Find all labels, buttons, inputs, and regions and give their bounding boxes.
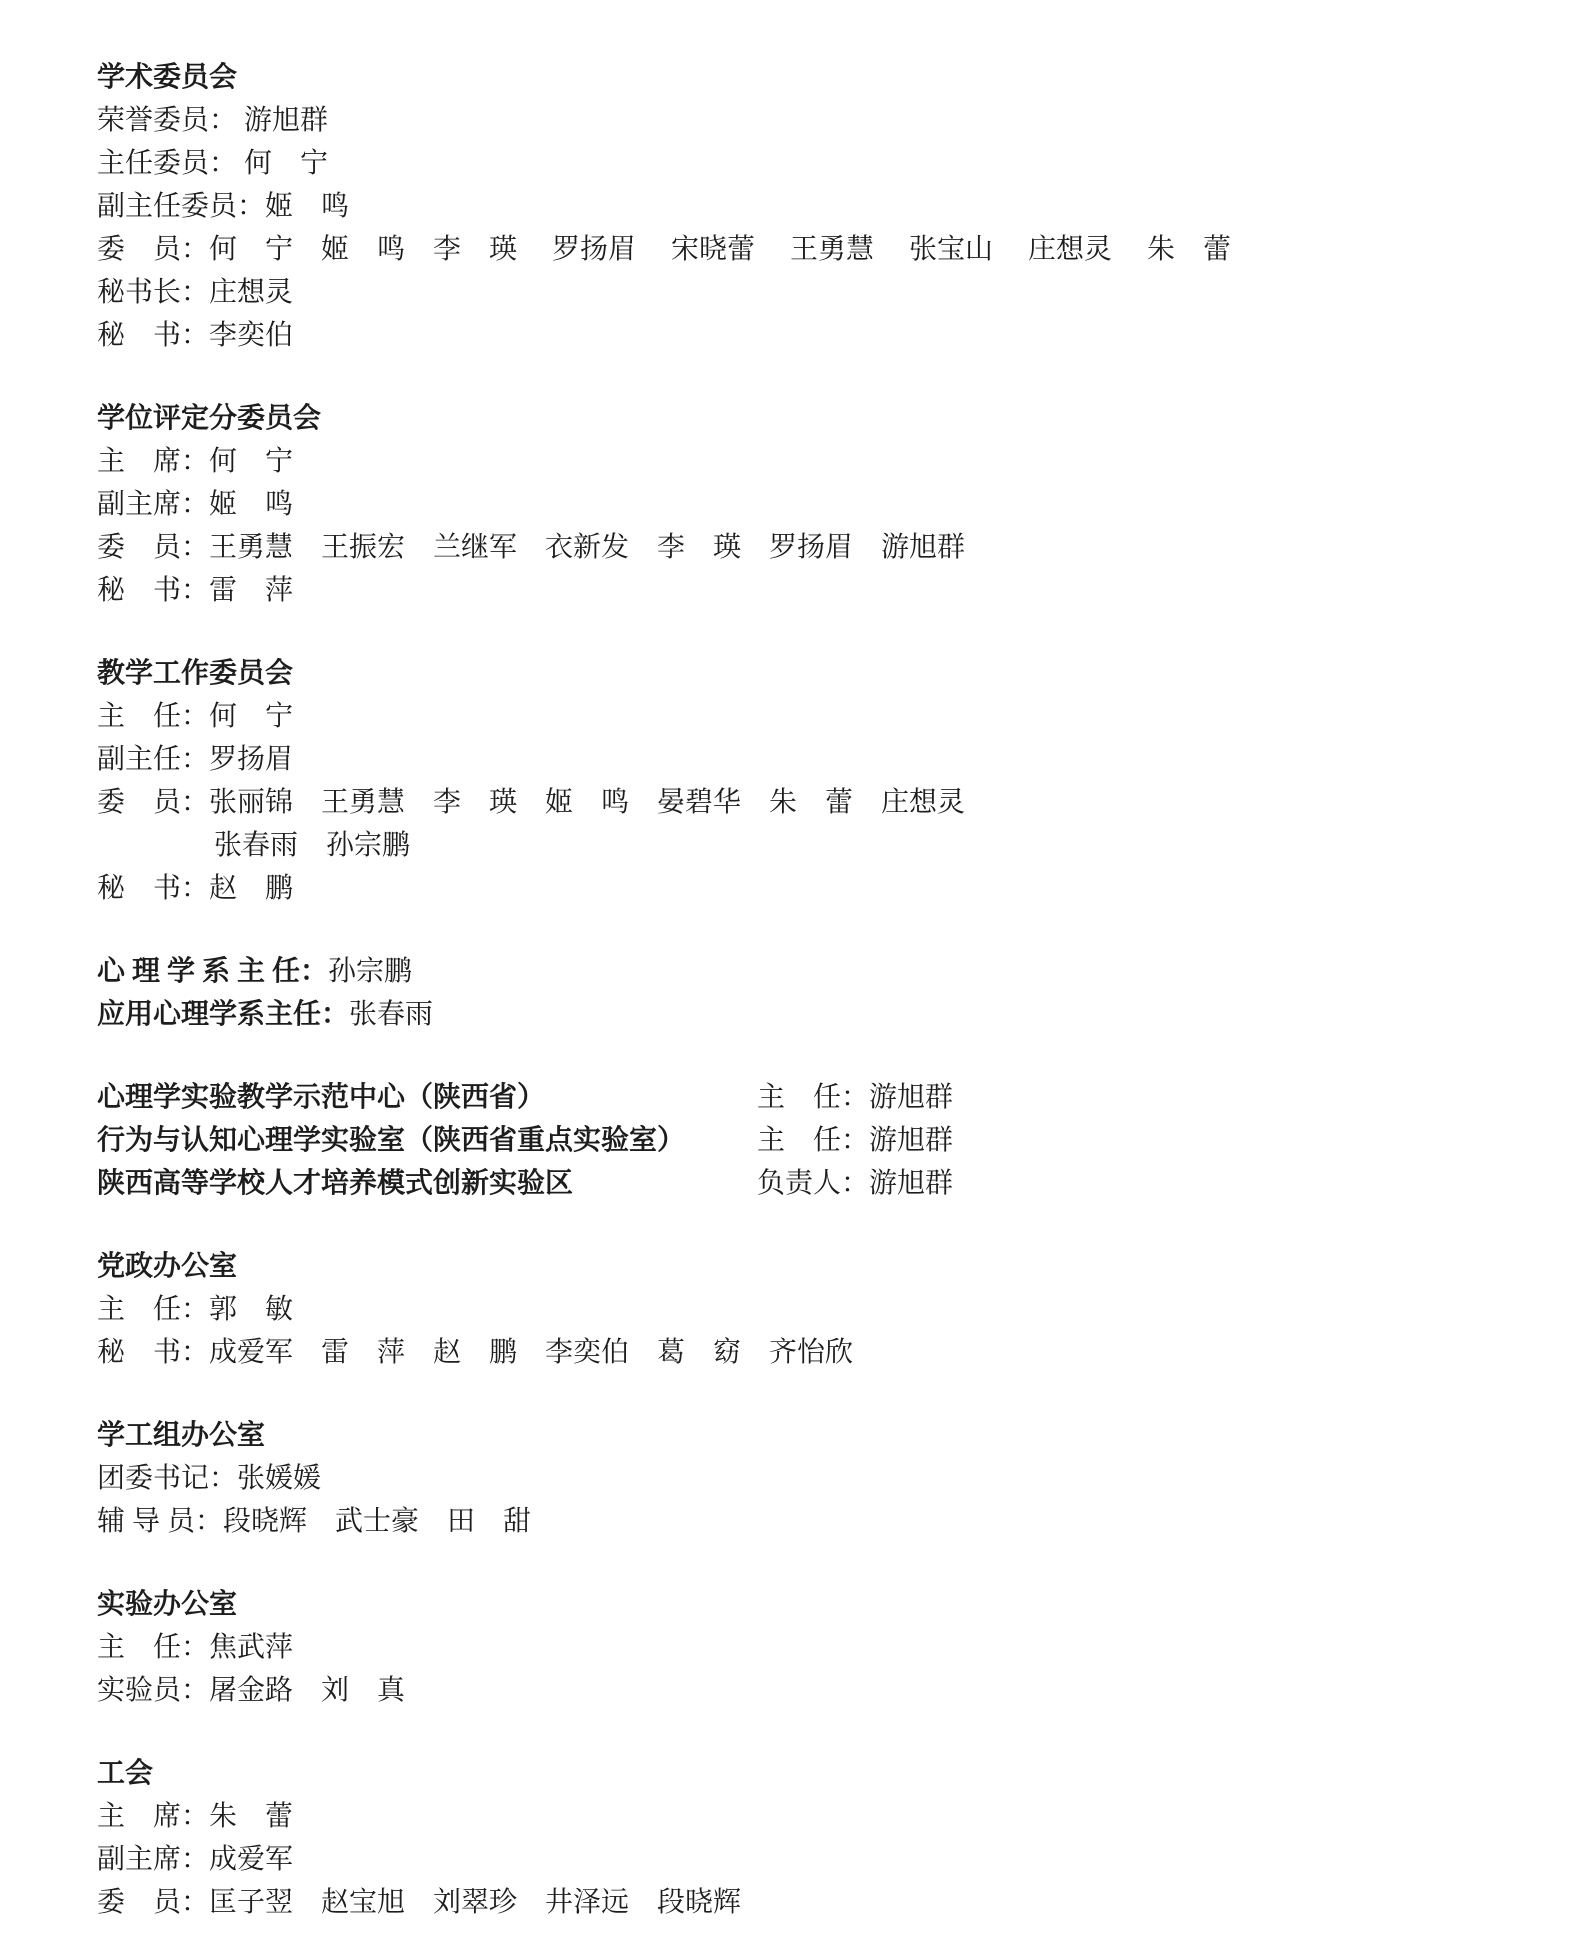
role-row: 秘 书：雷 萍 <box>97 569 1546 612</box>
department-head-row: 心 理 学 系 主 任：孙宗鹏 <box>97 950 1546 993</box>
role-row: 辅 导 员：段晓辉 武士豪 田 甜 <box>97 1500 1546 1543</box>
role-row: 实验员：屠金路 刘 真 <box>97 1669 1546 1712</box>
committee-section: 工会主 席：朱 蕾副主席：成爱军委 员：匡子翌 赵宝旭 刘翠珍 井泽远 段晓辉 <box>97 1752 1546 1924</box>
committee-section: 学工组办公室团委书记：张媛媛辅 导 员：段晓辉 武士豪 田 甜 <box>97 1414 1546 1543</box>
section-heading: 工会 <box>97 1752 1546 1795</box>
role-row: 委 员：张丽锦 王勇慧 李 瑛 姬 鸣 晏碧华 朱 蕾 庄想灵 <box>97 781 1546 824</box>
role-row: 秘书长：庄想灵 <box>97 271 1546 314</box>
role-row: 主任委员： 何 宁 <box>97 142 1546 185</box>
committee-section: 学位评定分委员会主 席：何 宁副主席：姬 鸣委 员：王勇慧 王振宏 兰继军 衣新… <box>97 397 1546 612</box>
lab-title: 行为与认知心理学实验室（陕西省重点实验室） <box>97 1119 757 1162</box>
role-row: 团委书记：张媛媛 <box>97 1457 1546 1500</box>
role-row: 委 员：何 宁 姬 鸣 李 瑛 罗扬眉 宋晓蕾 王勇慧 张宝山 庄想灵 朱 蕾 <box>97 228 1546 271</box>
lab-title: 陕西高等学校人才培养模式创新实验区 <box>97 1162 757 1205</box>
committee-section: 学术委员会荣誉委员： 游旭群主任委员： 何 宁副主任委员：姬 鸣委 员：何 宁 … <box>97 56 1546 357</box>
role-row: 委 员：王勇慧 王振宏 兰继军 衣新发 李 瑛 罗扬眉 游旭群 <box>97 526 1546 569</box>
role-row: 委 员：匡子翌 赵宝旭 刘翠珍 井泽远 段晓辉 <box>97 1881 1546 1924</box>
role-row: 秘 书：李奕伯 <box>97 314 1546 357</box>
committee-section: 心 理 学 系 主 任：孙宗鹏应用心理学系主任：张春雨 <box>97 950 1546 1036</box>
role-row: 副主席：成爱军 <box>97 1838 1546 1881</box>
department-head-name: 张春雨 <box>349 999 433 1030</box>
role-row: 主 任：何 宁 <box>97 695 1546 738</box>
section-heading: 实验办公室 <box>97 1583 1546 1626</box>
committee-section: 心理学实验教学示范中心（陕西省）主 任：游旭群行为与认知心理学实验室（陕西省重点… <box>97 1076 1546 1205</box>
role-row: 荣誉委员： 游旭群 <box>97 99 1546 142</box>
lab-row: 陕西高等学校人才培养模式创新实验区负责人：游旭群 <box>97 1162 1546 1205</box>
role-row: 主 任：郭 敏 <box>97 1288 1546 1331</box>
committee-section: 教学工作委员会主 任：何 宁副主任：罗扬眉委 员：张丽锦 王勇慧 李 瑛 姬 鸣… <box>97 652 1546 910</box>
lab-title: 心理学实验教学示范中心（陕西省） <box>97 1076 757 1119</box>
lab-director: 主 任：游旭群 <box>757 1076 953 1119</box>
lab-row: 心理学实验教学示范中心（陕西省）主 任：游旭群 <box>97 1076 1546 1119</box>
document-content: 学术委员会荣誉委员： 游旭群主任委员： 何 宁副主任委员：姬 鸣委 员：何 宁 … <box>0 0 1586 1924</box>
role-row: 副主任委员：姬 鸣 <box>97 185 1546 228</box>
member-list-continuation: 张春雨 孙宗鹏 <box>97 824 1546 867</box>
section-heading: 学工组办公室 <box>97 1414 1546 1457</box>
role-row: 副主任：罗扬眉 <box>97 738 1546 781</box>
section-heading: 教学工作委员会 <box>97 652 1546 695</box>
role-row: 副主席：姬 鸣 <box>97 483 1546 526</box>
role-row: 主 席：何 宁 <box>97 440 1546 483</box>
section-heading: 学术委员会 <box>97 56 1546 99</box>
role-row: 主 席：朱 蕾 <box>97 1795 1546 1838</box>
role-row: 秘 书：成爱军 雷 萍 赵 鹏 李奕伯 葛 窈 齐怡欣 <box>97 1331 1546 1374</box>
role-row: 秘 书：赵 鹏 <box>97 867 1546 910</box>
department-title-label: 心 理 学 系 主 任： <box>97 956 328 987</box>
role-row: 主 任：焦武萍 <box>97 1626 1546 1669</box>
lab-director: 主 任：游旭群 <box>757 1119 953 1162</box>
department-title-label: 应用心理学系主任： <box>97 999 349 1030</box>
lab-director: 负责人：游旭群 <box>757 1162 953 1205</box>
lab-row: 行为与认知心理学实验室（陕西省重点实验室）主 任：游旭群 <box>97 1119 1546 1162</box>
department-head-name: 孙宗鹏 <box>328 956 412 987</box>
committee-section: 实验办公室主 任：焦武萍实验员：屠金路 刘 真 <box>97 1583 1546 1712</box>
document-page: 学术委员会荣誉委员： 游旭群主任委员： 何 宁副主任委员：姬 鸣委 员：何 宁 … <box>0 0 1586 1957</box>
section-heading: 党政办公室 <box>97 1245 1546 1288</box>
section-heading: 学位评定分委员会 <box>97 397 1546 440</box>
committee-section: 党政办公室主 任：郭 敏秘 书：成爱军 雷 萍 赵 鹏 李奕伯 葛 窈 齐怡欣 <box>97 1245 1546 1374</box>
department-head-row: 应用心理学系主任：张春雨 <box>97 993 1546 1036</box>
